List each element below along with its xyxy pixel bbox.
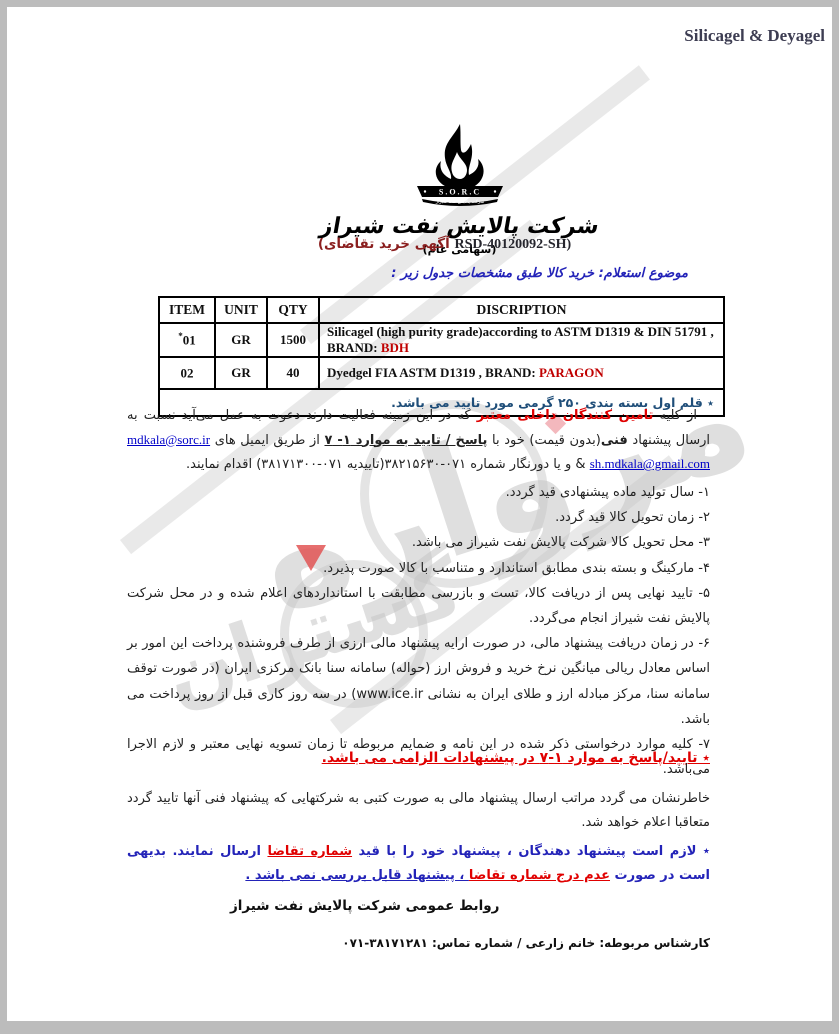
notice-request-code: RSD-40120092-SH) <box>455 237 572 252</box>
document-page: مرواره گستران Silicagel & Deyagel S.O.R.… <box>0 0 839 1034</box>
note-paragraph: خاطرنشان می گردد مراتب ارسال پیشنهاد مال… <box>127 787 710 835</box>
email-link-sorc[interactable]: mdkala@sorc.ir <box>127 432 210 447</box>
request-number-warning: ٭ لازم است پیشنهاد دهندگان ، پیشنهاد خود… <box>127 840 710 887</box>
list-item: ۳- محل تحویل کالا شرکت پالایش نفت شیراز … <box>127 530 710 555</box>
email-link-gmail[interactable]: sh.mdkala@gmail.com <box>590 456 710 471</box>
mandatory-reply-heading: ٭ تایید/پاسخ به موارد ۱-۷ در پیشنهادات ا… <box>322 750 710 766</box>
list-item: ۶- در زمان دریافت پیشنهاد مالی، در صورت … <box>127 631 710 732</box>
list-item: ۴- مارکینگ و بسته بندی مطابق استاندارد و… <box>127 556 710 581</box>
highlight-suppliers: تامین کنندگان داخلی معتبر <box>477 408 654 423</box>
contact-expert-line: کارشناس مربوطه: خانم زارعی / شماره تماس:… <box>342 936 710 950</box>
cell-unit: GR <box>215 357 267 389</box>
list-item: ۵- تایید نهایی پس از دریافت کالا، تست و … <box>127 581 710 631</box>
cell-qty: 1500 <box>267 323 319 357</box>
items-table: ITEM UNIT QTY DISCRIPTION *01 GR 1500 Si… <box>158 296 725 417</box>
cell-description: Silicagel (high purity grade)according t… <box>319 323 724 357</box>
brand-name: PARAGON <box>539 365 604 380</box>
col-header-description: DISCRIPTION <box>319 297 724 323</box>
inquiry-subject-line: موضوع استعلام: خرید کالا طبق مشخصات جدول… <box>391 266 688 281</box>
public-relations-signature: روابط عمومی شرکت پالایش نفت شیراز <box>230 898 499 914</box>
col-header-unit: UNIT <box>215 297 267 323</box>
highlight-reply-items: پاسخ / تایید به موارد ۱- ۷ <box>324 433 487 448</box>
cell-item: *01 <box>159 323 215 357</box>
brand-name: BDH <box>381 340 409 355</box>
table-row: 02 GR 40 Dyedgel FIA ASTM D1319 , BRAND:… <box>159 357 724 389</box>
table-header-row: ITEM UNIT QTY DISCRIPTION <box>159 297 724 323</box>
sorc-acronym: S.O.R.C <box>438 188 480 197</box>
notice-title-fa: آگهی خرید تقاضای <box>324 236 450 252</box>
conditions-list: ۱- سال تولید ماده پیشنهادی قید گردد. ۲- … <box>127 480 710 782</box>
doc-reference-title: Silicagel & Deyagel <box>684 26 825 46</box>
notice-title: (آگهی خرید تقاضای RSD-40120092-SH) <box>0 236 839 253</box>
col-header-item: ITEM <box>159 297 215 323</box>
cell-item: 02 <box>159 357 215 389</box>
list-item: ۱- سال تولید ماده پیشنهادی قید گردد. <box>127 480 710 505</box>
intro-paragraph: از کلیه تامین کنندگان داخلی معتبر که در … <box>127 404 710 477</box>
table-row: *01 GR 1500 Silicagel (high purity grade… <box>159 323 724 357</box>
highlight-missing-request-number: عدم درج شماره تقاضا <box>469 868 610 883</box>
highlight-request-number: شماره تقاضا <box>267 844 352 859</box>
cell-unit: GR <box>215 323 267 357</box>
col-header-qty: QTY <box>267 297 319 323</box>
cell-description: Dyedgel FIA ASTM D1319 , BRAND: PARAGON <box>319 357 724 389</box>
list-item: ۲- زمان تحویل کالا قید گردد. <box>127 505 710 530</box>
logo-band-text: شرکت پالایش نفت شیراز <box>434 199 483 205</box>
cell-qty: 40 <box>267 357 319 389</box>
flame-icon: S.O.R.C شرکت پالایش نفت شیراز <box>395 122 525 208</box>
